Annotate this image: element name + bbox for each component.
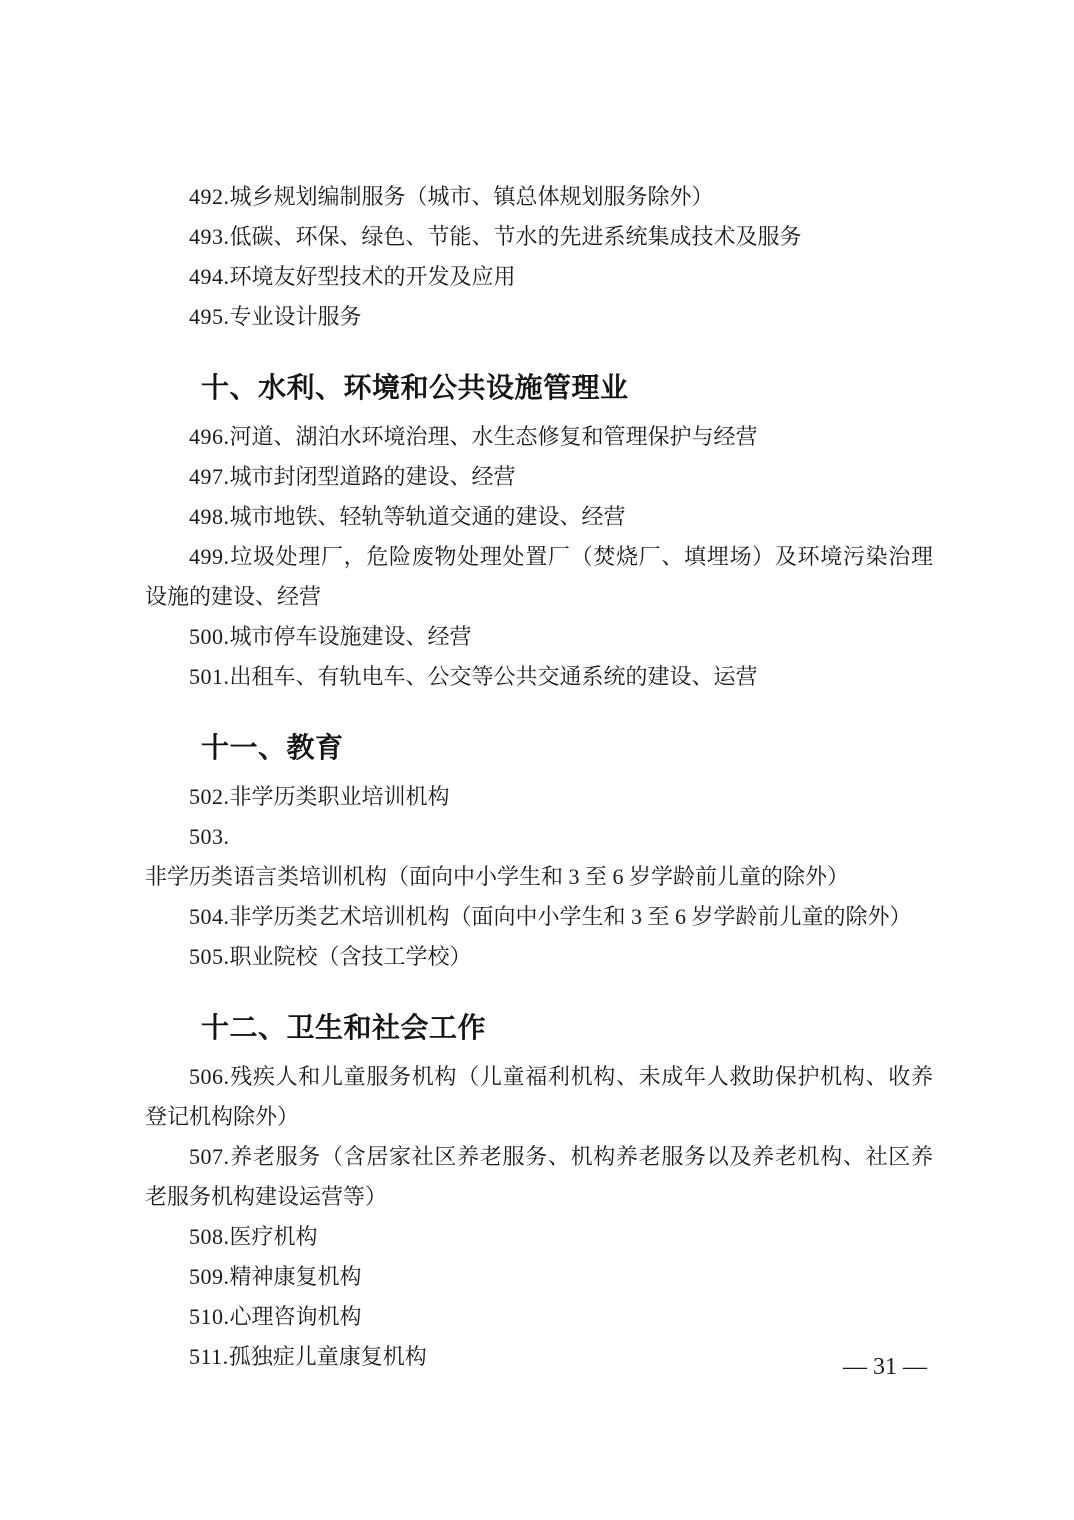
item-text: 河道、湖泊水环境治理、水生态修复和管理保护与经营 xyxy=(230,424,758,449)
item-text: 职业院校（含技工学校） xyxy=(230,944,472,969)
item-number: 493. xyxy=(189,224,230,249)
item-text: 心理咨询机构 xyxy=(230,1304,362,1329)
catalog-item-498: 498.城市地铁、轻轨等轨道交通的建设、经营 xyxy=(145,497,933,537)
item-text: 低碳、环保、绿色、节能、节水的先进系统集成技术及服务 xyxy=(230,224,802,249)
item-text: 非学历类职业培训机构 xyxy=(230,784,450,809)
item-text: 精神康复机构 xyxy=(230,1264,362,1289)
catalog-item-507: 507.养老服务（含居家社区养老服务、机构养老服务以及养老机构、社区养老服务机构… xyxy=(145,1137,933,1217)
catalog-item-506: 506.残疾人和儿童服务机构（儿童福利机构、未成年人救助保护机构、收养登记机构除… xyxy=(145,1057,933,1137)
item-text: 非学历类语言类培训机构（面向中小学生和 3 至 6 岁学龄前儿童的除外） xyxy=(145,864,849,889)
item-number: 503. xyxy=(189,824,230,849)
document-page: 492.城乡规划编制服务（城市、镇总体规划服务除外） 493.低碳、环保、绿色、… xyxy=(0,0,1074,1520)
item-text: 专业设计服务 xyxy=(230,304,362,329)
catalog-body: 492.城乡规划编制服务（城市、镇总体规划服务除外） 493.低碳、环保、绿色、… xyxy=(145,177,933,1377)
section-water-environment: 十、水利、环境和公共设施管理业 496.河道、湖泊水环境治理、水生态修复和管理保… xyxy=(145,367,933,697)
catalog-item-495: 495.专业设计服务 xyxy=(145,297,933,337)
catalog-item-502: 502.非学历类职业培训机构 xyxy=(145,777,933,817)
catalog-item-494: 494.环境友好型技术的开发及应用 xyxy=(145,257,933,297)
item-number: 494. xyxy=(189,264,230,289)
catalog-item-493: 493.低碳、环保、绿色、节能、节水的先进系统集成技术及服务 xyxy=(145,217,933,257)
page-number: — 31 — xyxy=(843,1352,927,1382)
item-text: 医疗机构 xyxy=(230,1224,318,1249)
catalog-item-501: 501.出租车、有轨电车、公交等公共交通系统的建设、运营 xyxy=(145,657,933,697)
item-number: 499. xyxy=(189,544,230,569)
catalog-item-497: 497.城市封闭型道路的建设、经营 xyxy=(145,457,933,497)
item-text: 残疾人和儿童服务机构（儿童福利机构、未成年人救助保护机构、收养登记机构除外） xyxy=(145,1064,933,1129)
item-number: 502. xyxy=(189,784,230,809)
item-number: 492. xyxy=(189,184,230,209)
item-text: 孤独症儿童康复机构 xyxy=(229,1344,427,1369)
item-number: 506. xyxy=(189,1064,230,1089)
catalog-item-496: 496.河道、湖泊水环境治理、水生态修复和管理保护与经营 xyxy=(145,417,933,457)
item-text: 城市停车设施建设、经营 xyxy=(230,624,472,649)
section-heading-11: 十一、教育 xyxy=(145,727,933,769)
section-health-social-work: 十二、卫生和社会工作 506.残疾人和儿童服务机构（儿童福利机构、未成年人救助保… xyxy=(145,1007,933,1377)
item-text: 出租车、有轨电车、公交等公共交通系统的建设、运营 xyxy=(230,664,758,689)
item-text: 城市封闭型道路的建设、经营 xyxy=(230,464,516,489)
item-text: 环境友好型技术的开发及应用 xyxy=(230,264,516,289)
catalog-item-510: 510.心理咨询机构 xyxy=(145,1297,933,1337)
item-text: 城市地铁、轻轨等轨道交通的建设、经营 xyxy=(230,504,626,529)
item-number: 498. xyxy=(189,504,230,529)
section-heading-12: 十二、卫生和社会工作 xyxy=(145,1007,933,1049)
item-number: 500. xyxy=(189,624,230,649)
item-number: 497. xyxy=(189,464,230,489)
item-number: 496. xyxy=(189,424,230,449)
catalog-item-500: 500.城市停车设施建设、经营 xyxy=(145,617,933,657)
item-number: 510. xyxy=(189,1304,230,1329)
item-number: 505. xyxy=(189,944,230,969)
section-education: 十一、教育 502.非学历类职业培训机构 503.非学历类语言类培训机构（面向中… xyxy=(145,727,933,977)
section-heading-10: 十、水利、环境和公共设施管理业 xyxy=(145,367,933,409)
item-number: 511. xyxy=(189,1344,229,1369)
item-text: 非学历类艺术培训机构（面向中小学生和 3 至 6 岁学龄前儿童的除外） xyxy=(230,904,912,929)
catalog-item-508: 508.医疗机构 xyxy=(145,1217,933,1257)
item-number: 501. xyxy=(189,664,230,689)
catalog-item-503: 503.非学历类语言类培训机构（面向中小学生和 3 至 6 岁学龄前儿童的除外） xyxy=(145,817,933,897)
catalog-item-511: 511.孤独症儿童康复机构 xyxy=(145,1337,933,1377)
section-continuation: 492.城乡规划编制服务（城市、镇总体规划服务除外） 493.低碳、环保、绿色、… xyxy=(145,177,933,337)
item-text: 垃圾处理厂，危险废物处理处置厂（焚烧厂、填埋场）及环境污染治理设施的建设、经营 xyxy=(145,544,933,609)
catalog-item-509: 509.精神康复机构 xyxy=(145,1257,933,1297)
item-number: 504. xyxy=(189,904,230,929)
catalog-item-505: 505.职业院校（含技工学校） xyxy=(145,937,933,977)
item-number: 507. xyxy=(189,1144,230,1169)
item-number: 509. xyxy=(189,1264,230,1289)
item-number: 508. xyxy=(189,1224,230,1249)
catalog-item-499: 499.垃圾处理厂，危险废物处理处置厂（焚烧厂、填埋场）及环境污染治理设施的建设… xyxy=(145,537,933,617)
catalog-item-492: 492.城乡规划编制服务（城市、镇总体规划服务除外） xyxy=(145,177,933,217)
catalog-item-504: 504.非学历类艺术培训机构（面向中小学生和 3 至 6 岁学龄前儿童的除外） xyxy=(145,897,933,937)
item-text: 城乡规划编制服务（城市、镇总体规划服务除外） xyxy=(230,184,714,209)
item-text: 养老服务（含居家社区养老服务、机构养老服务以及养老机构、社区养老服务机构建设运营… xyxy=(145,1144,933,1209)
item-number: 495. xyxy=(189,304,230,329)
